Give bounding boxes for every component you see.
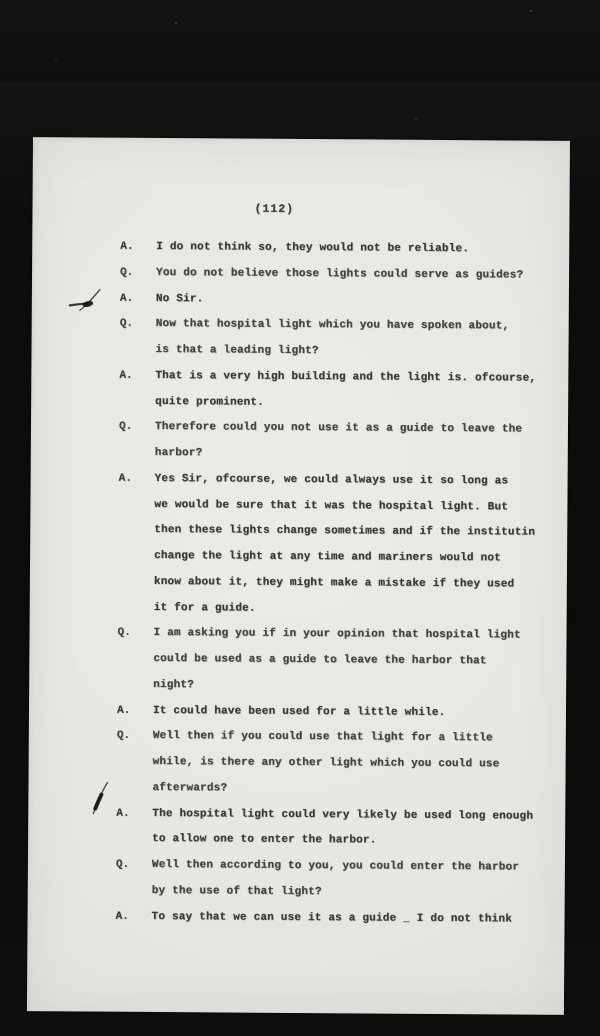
transcript-line: night?	[153, 673, 537, 701]
transcript-line: is that a leading light?	[155, 338, 539, 366]
speaker-label: Q.	[117, 724, 153, 750]
transcript-line: it for a guide.	[154, 595, 538, 623]
transcript-line: while, is there any other light which yo…	[153, 750, 537, 778]
transcript-line: harbor?	[155, 441, 539, 469]
qa-text: Now that hospital light which you have s…	[155, 312, 539, 366]
qa-entry: A. The hospital light could very likely …	[116, 801, 536, 855]
qa-entry: Q. Therefore could you not use it as a g…	[119, 415, 539, 469]
speaker-label: A.	[119, 363, 155, 389]
transcript-line: then these lights change sometimes and i…	[154, 518, 538, 546]
speaker-label: A.	[117, 698, 153, 724]
transcript-line: change the light at any time and mariner…	[154, 544, 538, 572]
transcript-line: That is a very high building and the lig…	[155, 364, 539, 392]
transcript-line: Therefore could you not use it as a guid…	[155, 415, 539, 443]
transcript-line: To say that we can use it as a guide _ I…	[151, 904, 535, 932]
qa-text: No Sir.	[156, 286, 540, 314]
qa-entry: A. No Sir.	[120, 286, 540, 315]
speaker-label: Q.	[120, 312, 156, 338]
qa-text: Well then according to you, you could en…	[152, 853, 536, 907]
qa-entry: A. That is a very high building and the …	[119, 363, 539, 417]
speaker-label: Q.	[119, 415, 155, 441]
transcript-line: Well then if you could use that light fo…	[153, 724, 537, 752]
qa-entry: Q. Now that hospital light which you hav…	[119, 312, 539, 366]
qa-text: I do not think so, they would not be rel…	[156, 235, 540, 263]
transcript-line: we would be sure that it was the hospita…	[154, 492, 538, 520]
speaker-label: Q.	[116, 853, 152, 879]
speaker-label: A.	[120, 235, 156, 261]
page-number: (112)	[254, 203, 294, 216]
qa-text: It could have been used for a little whi…	[153, 698, 537, 726]
transcript-line: know about it, they might make a mistake…	[154, 570, 538, 598]
transcript-line: to allow one to enter the harbor.	[152, 827, 536, 855]
qa-entry: A. I do not think so, they would not be …	[120, 235, 540, 264]
transcript-line: Well then according to you, you could en…	[152, 853, 536, 881]
transcript-line: I am asking you if in your opinion that …	[153, 621, 537, 649]
transcript-line: It could have been used for a little whi…	[153, 698, 537, 726]
speaker-label: Q.	[117, 621, 153, 647]
qa-text: Yes Sir, ofcourse, we could always use i…	[154, 467, 539, 624]
qa-text: I am asking you if in your opinion that …	[153, 621, 538, 701]
speaker-label: A.	[115, 904, 151, 930]
arrow-ink-mark	[64, 283, 104, 317]
qa-entry: A. It could have been used for a little …	[117, 698, 537, 727]
qa-entry: Q. Well then if you could use that light…	[116, 724, 537, 804]
transcript-line: I do not think so, they would not be rel…	[156, 235, 540, 263]
transcript-line: Now that hospital light which you have s…	[156, 312, 540, 340]
qa-entry: Q. Well then according to you, you could…	[116, 853, 536, 907]
speaker-label: A.	[119, 466, 155, 492]
qa-text: Well then if you could use that light fo…	[152, 724, 537, 804]
speaker-label: A.	[116, 801, 152, 827]
transcript-line: Yes Sir, ofcourse, we could always use i…	[155, 467, 539, 495]
dust-specks	[175, 22, 177, 24]
qa-text: The hospital light could very likely be …	[152, 801, 536, 855]
transcript-line: quite prominent.	[155, 389, 539, 417]
qa-entry: Q. You do not believe those lights could…	[120, 260, 540, 289]
qa-entry: A. Yes Sir, ofcourse, we could always us…	[118, 466, 539, 623]
transcript-line: No Sir.	[156, 286, 540, 314]
transcript-line: The hospital light could very likely be …	[152, 801, 536, 829]
qa-entry: Q. I am asking you if in your opinion th…	[117, 621, 538, 701]
transcript-line: by the use of that light?	[152, 879, 536, 907]
speaker-label: Q.	[120, 260, 156, 286]
qa-text: Therefore could you not use it as a guid…	[155, 415, 539, 469]
transcript-line: afterwards?	[152, 776, 536, 804]
slash-ink-mark	[88, 780, 112, 820]
qa-list: A. I do not think so, they would not be …	[115, 235, 540, 933]
transcript-line: You do not believe those lights could se…	[156, 261, 540, 289]
qa-text: To say that we can use it as a guide _ I…	[151, 904, 535, 932]
scan-background: (112) A. I do not think so, they would n…	[0, 0, 600, 1036]
qa-text: You do not believe those lights could se…	[156, 261, 540, 289]
document-page: (112) A. I do not think so, they would n…	[27, 137, 570, 1015]
transcript-line: could be used as a guide to leave the ha…	[153, 647, 537, 675]
qa-text: That is a very high building and the lig…	[155, 364, 539, 418]
speaker-label: A.	[120, 286, 156, 312]
qa-entry: A. To say that we can use it as a guide …	[115, 904, 535, 933]
